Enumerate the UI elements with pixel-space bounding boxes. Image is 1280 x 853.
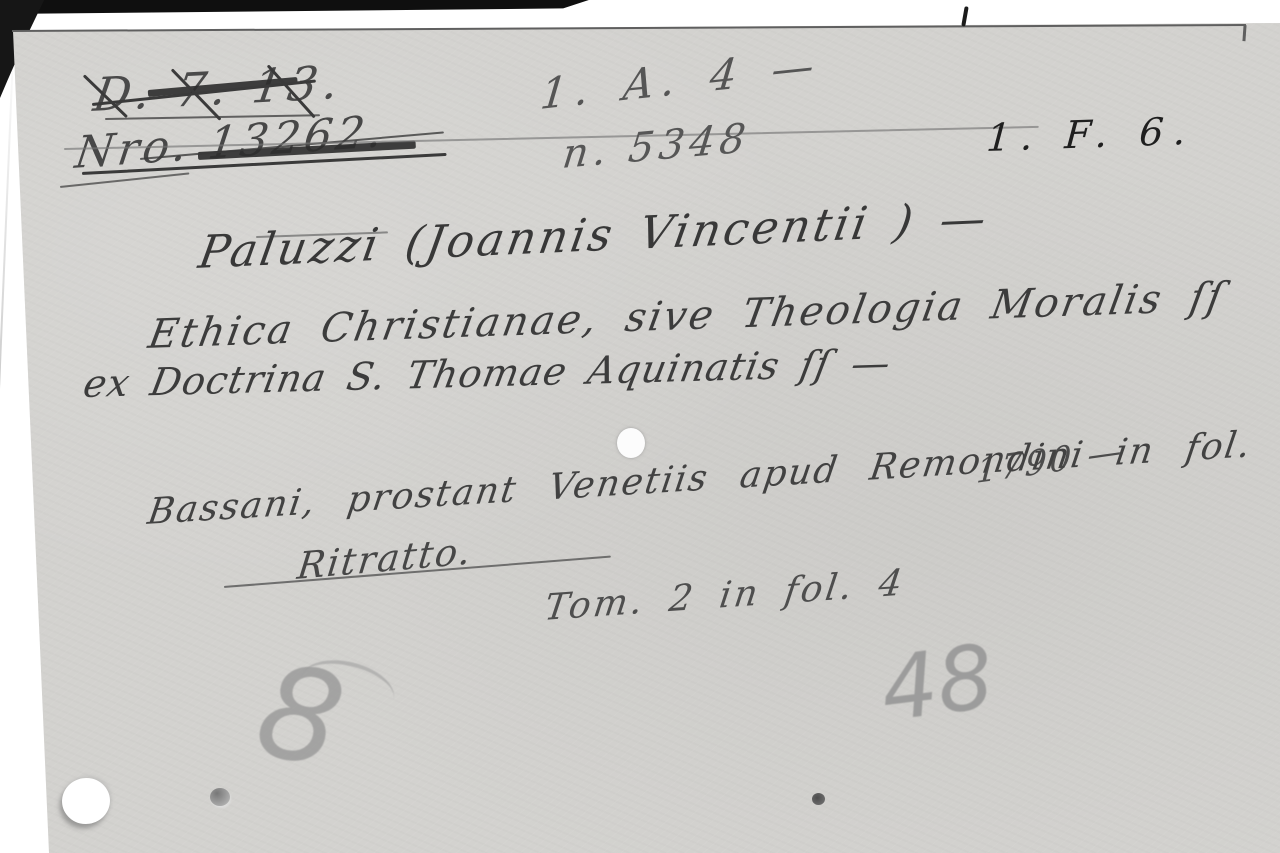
scanned-catalog-card: D. 7. 13. Nro. 13262. 1. A. 4 — n. 5348 …: [0, 0, 1280, 853]
pencil-number-right: 48: [875, 625, 999, 741]
dent-hole-small: [210, 788, 230, 806]
location-mark: 1. F. 6.: [985, 109, 1197, 160]
card-left-edge: [0, 31, 15, 852]
dark-dot-bottom: [812, 793, 825, 805]
ink-mark-top-right: [961, 6, 968, 26]
punch-hole-center: [617, 428, 645, 458]
scan-edge-top: [0, 0, 640, 14]
